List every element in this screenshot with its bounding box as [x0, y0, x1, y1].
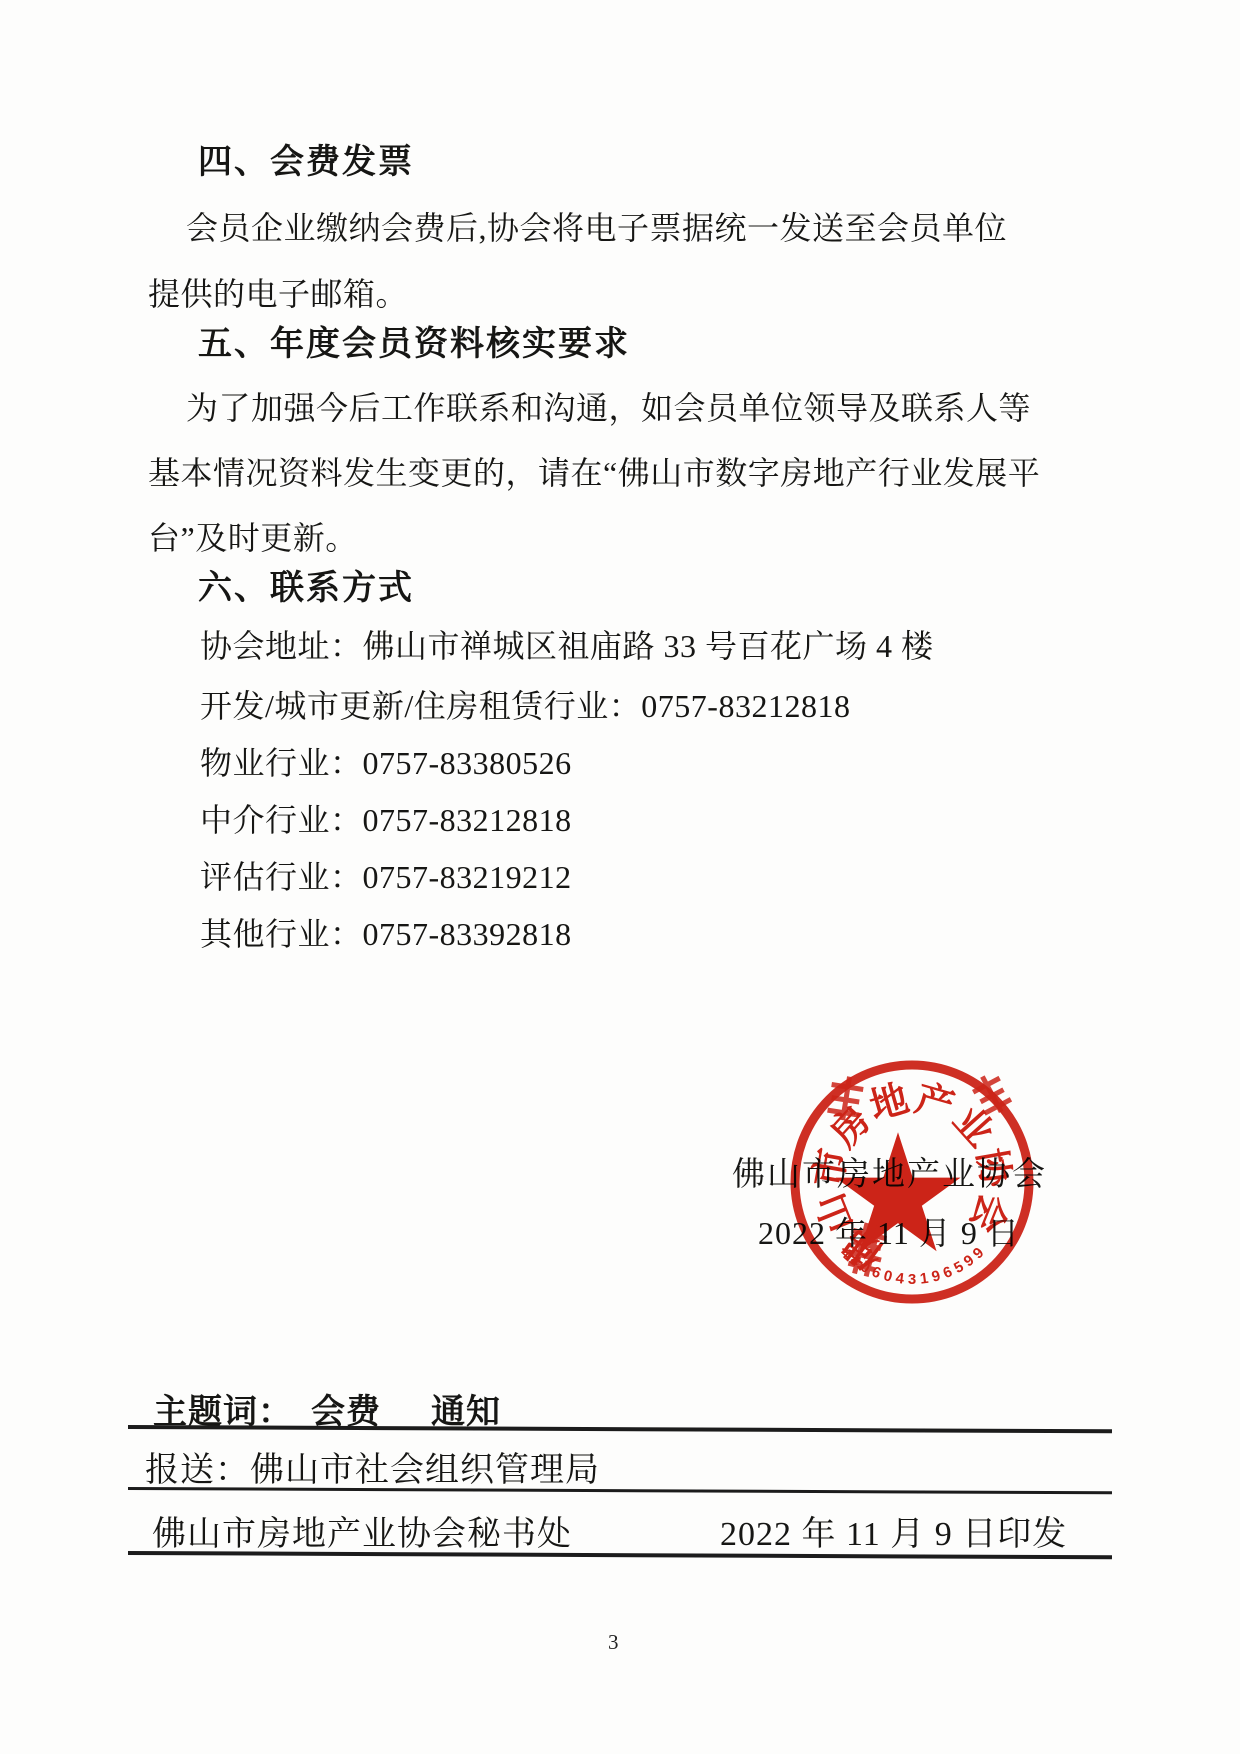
section-4-heading: 四、会费发票: [198, 140, 414, 186]
seal-char: 会: [961, 1187, 1014, 1238]
contact-appraisal-phone: 评估行业：0757-83219212: [200, 855, 572, 899]
seal-code-digit: 1: [919, 1270, 929, 1288]
seal-code-digit: 9: [930, 1267, 942, 1286]
footer-issuer: 佛山市房地产业协会秘书处: [152, 1506, 572, 1555]
official-seal: 佛 山 市 房 地 产 业 协 会 4 4 0 6 0 4 3 1 9 6 5 …: [782, 1052, 1042, 1312]
seal-char: 协: [969, 1145, 1017, 1192]
seal-code-digit: 4: [895, 1270, 906, 1288]
section-5-line-3: 台”及时更新。: [148, 516, 358, 560]
seal-code-digit: 3: [908, 1271, 916, 1288]
section-4-line-2: 提供的电子邮箱。: [148, 272, 408, 316]
contact-development-phone: 开发/城市更新/住房租赁行业：0757-83212818: [200, 684, 850, 728]
section-5-heading: 五、年度会员资料核实要求: [198, 322, 630, 368]
contact-agency-phone: 中介行业：0757-83212818: [200, 798, 572, 842]
section-5-line-1: 为了加强今后工作联系和沟通，如会员单位领导及联系人等: [186, 386, 1031, 430]
footer-print-date: 2022 年 11 月 9 日印发: [720, 1506, 1067, 1555]
footer-divider: [128, 1487, 1112, 1494]
document-page: 四、会费发票 会员企业缴纳会费后,协会将电子票据统一发送至会员单位 提供的电子邮…: [0, 0, 1240, 1754]
footer-copy-to: 报送：佛山市社会组织管理局: [145, 1442, 600, 1491]
page-number: 3: [608, 1630, 619, 1655]
section-5-line-2: 基本情况资料发生变更的，请在“佛山市数字房地产行业发展平: [148, 451, 1040, 495]
contact-property-phone: 物业行业：0757-83380526: [200, 741, 572, 785]
seal-code-digit: 0: [882, 1267, 894, 1286]
section-4-line-1: 会员企业缴纳会费后,协会将电子票据统一发送至会员单位: [186, 206, 1007, 250]
contact-address: 协会地址：佛山市禅城区祖庙路 33 号百花广场 4 楼: [200, 624, 934, 668]
section-6-heading: 六、联系方式: [198, 566, 414, 612]
contact-other-phone: 其他行业：0757-83392818: [200, 912, 572, 956]
